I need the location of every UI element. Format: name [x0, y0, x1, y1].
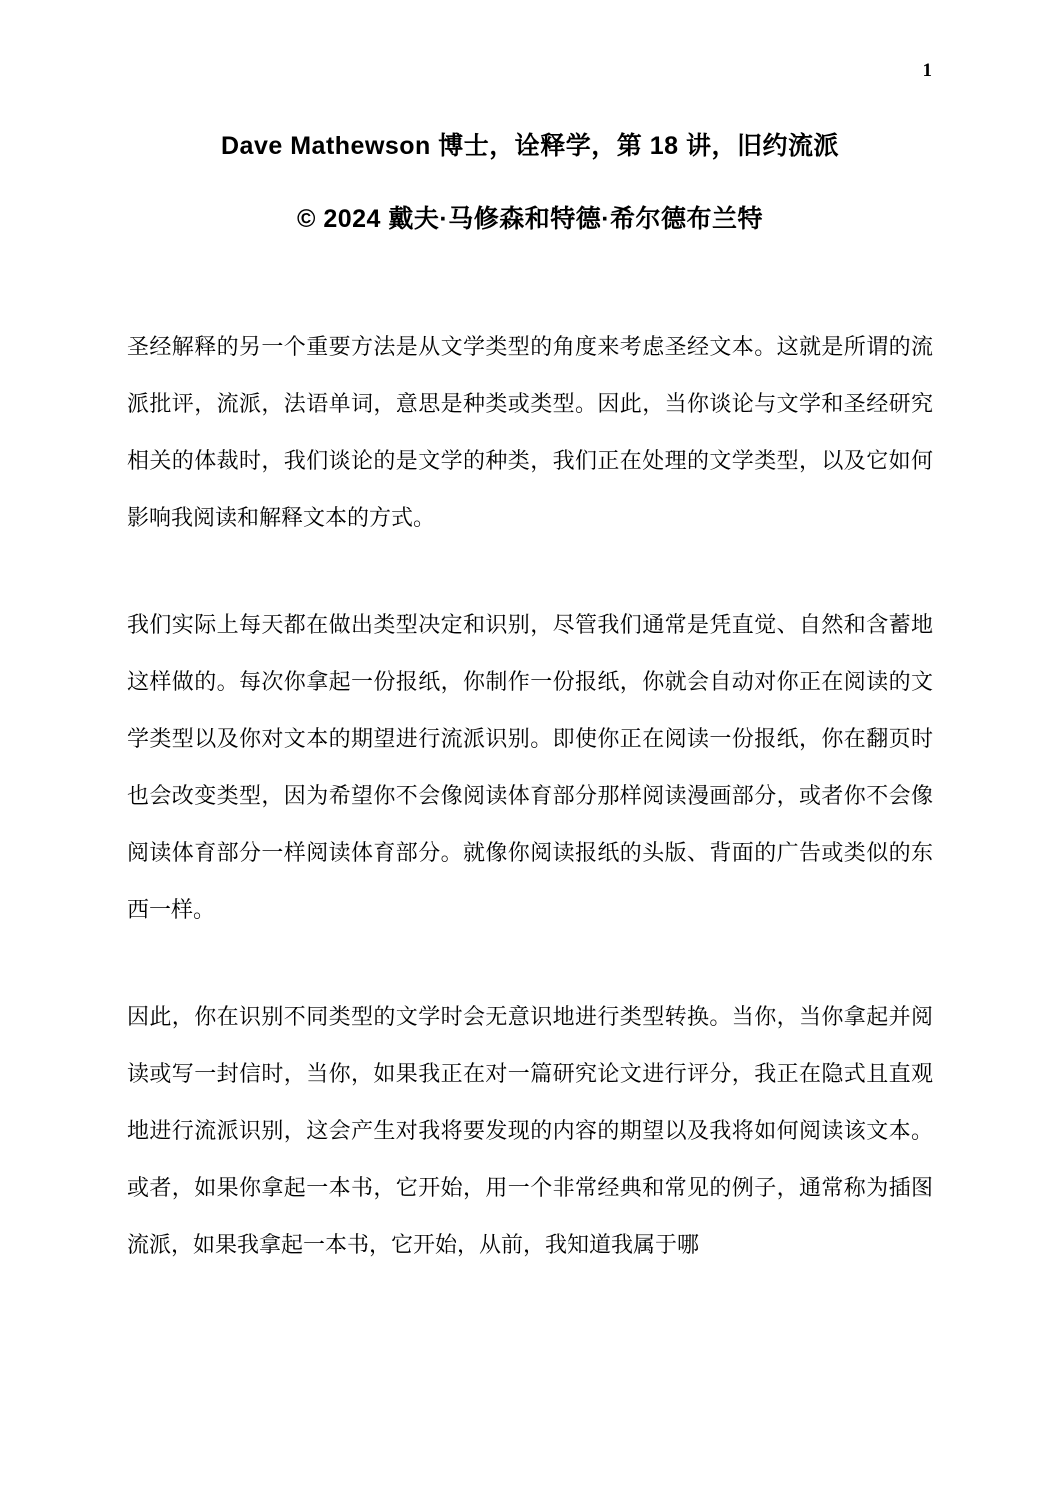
body-paragraph: 因此，你在识别不同类型的文学时会无意识地进行类型转换。当你，当你拿起并阅读或写一…: [127, 988, 933, 1273]
page-number: 1: [923, 60, 933, 83]
document-page: 1 Dave Mathewson 博士，诠释学，第 18 讲，旧约流派 © 20…: [0, 0, 1058, 1497]
body-paragraph: 圣经解释的另一个重要方法是从文学类型的角度来考虑圣经文本。这就是所谓的流派批评，…: [127, 318, 933, 546]
body-paragraph: 我们实际上每天都在做出类型决定和识别，尽管我们通常是凭直觉、自然和含蓄地这样做的…: [127, 596, 933, 938]
document-title: Dave Mathewson 博士，诠释学，第 18 讲，旧约流派: [127, 130, 933, 162]
copyright-line: © 2024 戴夫·马修森和特德·希尔德布兰特: [127, 203, 933, 235]
document-content: Dave Mathewson 博士，诠释学，第 18 讲，旧约流派 © 2024…: [127, 130, 933, 1273]
body-text: 圣经解释的另一个重要方法是从文学类型的角度来考虑圣经文本。这就是所谓的流派批评，…: [127, 318, 933, 1273]
